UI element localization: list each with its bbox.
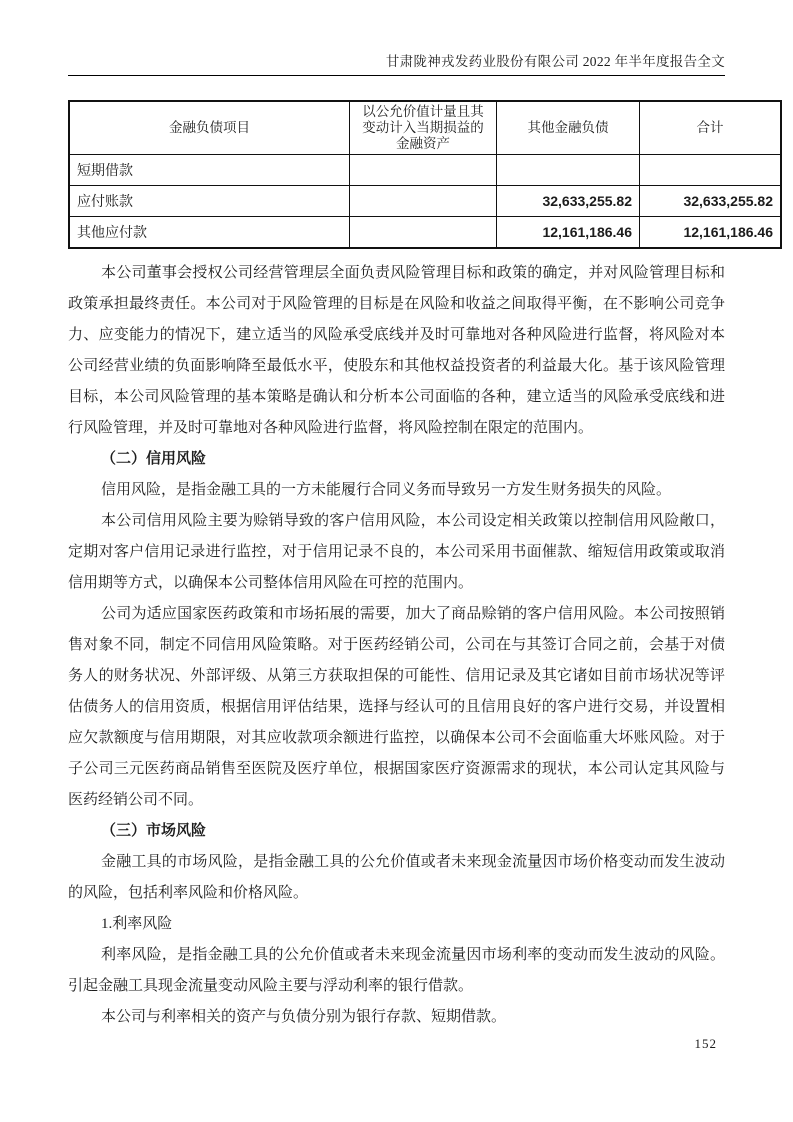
cell-total: 32,633,255.82 bbox=[640, 186, 782, 217]
row-label: 短期借款 bbox=[69, 155, 350, 186]
table-row: 短期借款 bbox=[69, 155, 781, 186]
col-header-item: 金融负债项目 bbox=[69, 101, 350, 155]
report-page: 甘肃陇神戎发药业股份有限公司 2022 年半年度报告全文 金融负债项目 以公允价… bbox=[0, 0, 793, 1122]
paragraph-interest-definition: 利率风险，是指金融工具的公允价值或者未来现金流量因市场利率的变动而发生波动的风险… bbox=[68, 940, 725, 1002]
cell-other: 32,633,255.82 bbox=[497, 186, 640, 217]
section-heading-market-risk: （三）市场风险 bbox=[68, 816, 725, 847]
financial-liabilities-table: 金融负债项目 以公允价值计量且其变动计入当期损益的金融资产 其他金融负债 合计 … bbox=[68, 100, 782, 249]
cell-other: 12,161,186.46 bbox=[497, 217, 640, 249]
col-header-other: 其他金融负债 bbox=[497, 101, 640, 155]
paragraph-risk-management: 本公司董事会授权公司经营管理层全面负责风险管理目标和政策的确定，并对风险管理目标… bbox=[68, 258, 725, 444]
paragraph-market-definition: 金融工具的市场风险，是指金融工具的公允价值或者未来现金流量因市场价格变动而发生波… bbox=[68, 847, 725, 909]
cell-fvtpl bbox=[350, 186, 497, 217]
row-label: 其他应付款 bbox=[69, 217, 350, 249]
report-header: 甘肃陇神戎发药业股份有限公司 2022 年半年度报告全文 bbox=[68, 0, 725, 76]
row-label: 应付账款 bbox=[69, 186, 350, 217]
cell-total bbox=[640, 155, 782, 186]
paragraph-interest-assets: 本公司与利率相关的资产与负债分别为银行存款、短期借款。 bbox=[68, 1002, 725, 1033]
table-header-row: 金融负债项目 以公允价值计量且其变动计入当期损益的金融资产 其他金融负债 合计 bbox=[69, 101, 781, 155]
cell-other bbox=[497, 155, 640, 186]
section-heading-credit-risk: （二）信用风险 bbox=[68, 444, 725, 475]
table-row: 应付账款 32,633,255.82 32,633,255.82 bbox=[69, 186, 781, 217]
paragraph-credit-policy: 本公司信用风险主要为赊销导致的客户信用风险，本公司设定相关政策以控制信用风险敞口… bbox=[68, 506, 725, 599]
table-row: 其他应付款 12,161,186.46 12,161,186.46 bbox=[69, 217, 781, 249]
paragraph-credit-strategy: 公司为适应国家医药政策和市场拓展的需要，加大了商品赊销的客户信用风险。本公司按照… bbox=[68, 599, 725, 816]
cell-fvtpl bbox=[350, 217, 497, 249]
page-number: 152 bbox=[695, 1036, 718, 1052]
report-body: 本公司董事会授权公司经营管理层全面负责风险管理目标和政策的确定，并对风险管理目标… bbox=[68, 258, 725, 1033]
subheading-interest-rate-risk: 1.利率风险 bbox=[68, 909, 725, 940]
cell-fvtpl bbox=[350, 155, 497, 186]
col-header-total: 合计 bbox=[640, 101, 782, 155]
cell-total: 12,161,186.46 bbox=[640, 217, 782, 249]
paragraph-credit-definition: 信用风险，是指金融工具的一方未能履行合同义务而导致另一方发生财务损失的风险。 bbox=[68, 475, 725, 506]
col-header-fvtpl: 以公允价值计量且其变动计入当期损益的金融资产 bbox=[350, 101, 497, 155]
